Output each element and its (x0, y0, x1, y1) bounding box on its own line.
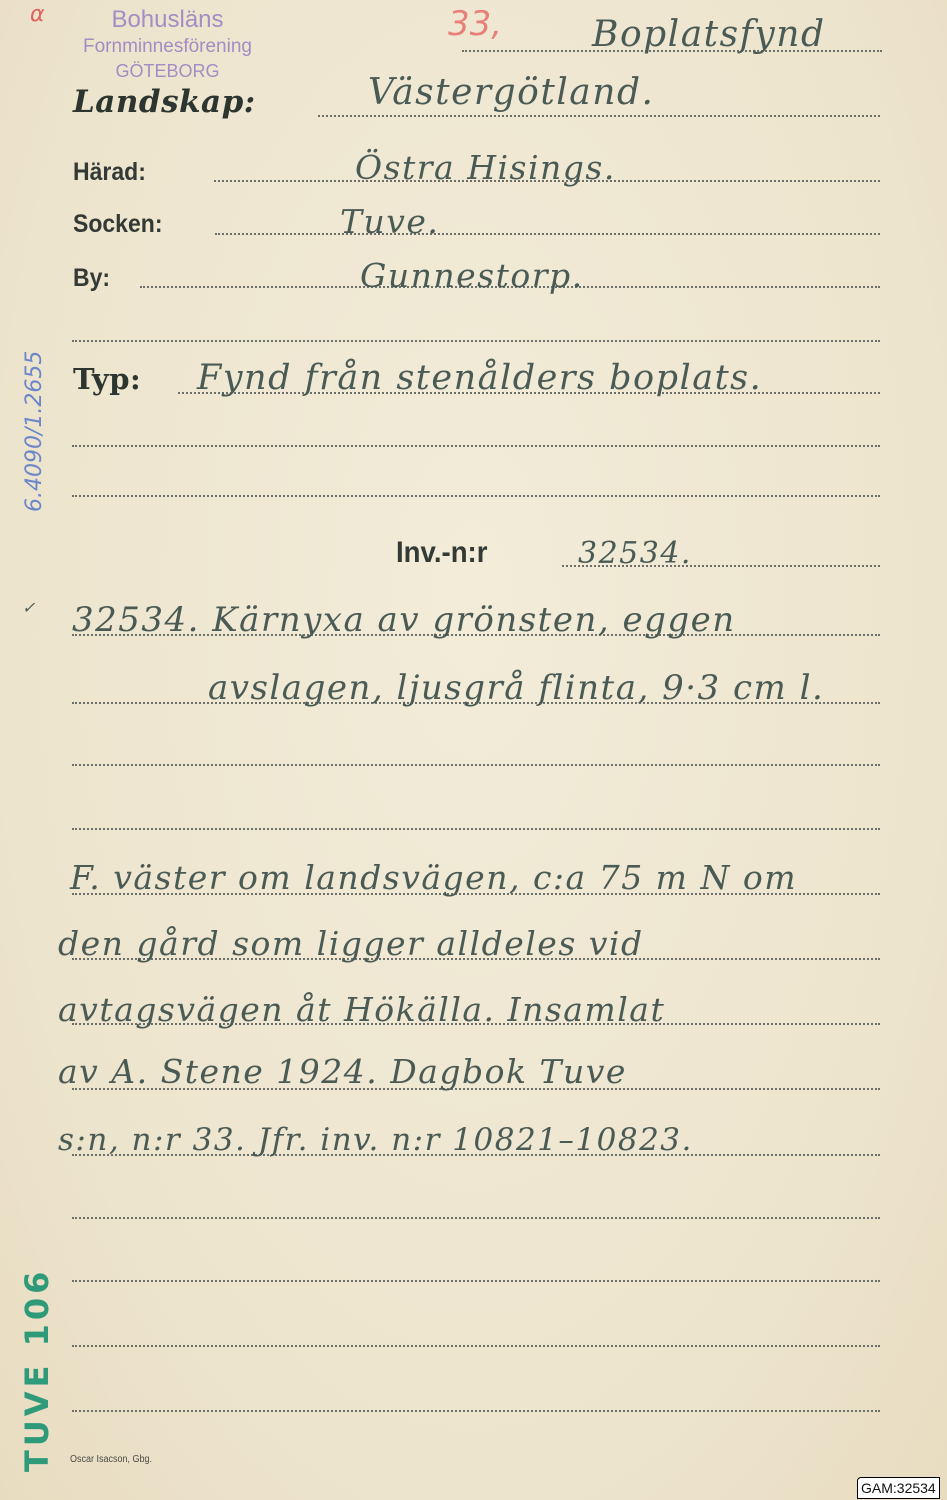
typ-label: Typ: (73, 362, 141, 396)
harad-label: Härad: (73, 158, 146, 187)
inventory-number: 32534. (578, 536, 692, 571)
stamp-line-2: Fornminnesförening (45, 34, 290, 60)
socken-line (215, 233, 880, 235)
check-mark-icon: ✓ (22, 598, 37, 617)
description-text-1: 32534. Kärnyxa av grönsten, eggen (72, 600, 736, 640)
stamp-line-3: GÖTEBORG (45, 60, 290, 82)
socken-value: Tuve. (340, 202, 439, 241)
blank-line (72, 1345, 880, 1347)
landskap-value: Västergötland. (368, 72, 654, 113)
printer-imprint: Oscar Isacson, Gbg. (70, 1454, 152, 1465)
landskap-label: Landskap: (73, 84, 256, 120)
by-label: By: (73, 264, 110, 293)
notes-text-2: den gård som ligger alldeles vid (58, 924, 644, 963)
blank-line (72, 1280, 880, 1282)
green-margin-note: TUVE 106 (18, 1268, 56, 1472)
stamp-line-1: Bohusläns (45, 6, 290, 34)
blue-margin-note: 6.4090/1.2655 (22, 351, 47, 512)
blank-line (72, 1217, 880, 1219)
notes-text-1: F. väster om landsvägen, c:a 75 m N om (70, 858, 797, 897)
category-value: Boplatsfynd (592, 14, 825, 55)
by-value: Gunnestorp. (360, 256, 584, 295)
blank-line (72, 495, 880, 497)
notes-text-3: avtagsvägen åt Hökälla. Insamlat (58, 990, 665, 1029)
socken-label: Socken: (73, 210, 162, 239)
notes-text-4: av A. Stene 1924. Dagbok Tuve (58, 1052, 627, 1091)
society-stamp: Bohusläns Fornminnesförening GÖTEBORG (45, 6, 290, 82)
harad-value: Östra Hisings. (355, 148, 616, 187)
blank-line (72, 828, 880, 830)
catalog-id-badge: GAM:32534 (857, 1477, 940, 1499)
blank-line (72, 445, 880, 447)
blank-line (72, 764, 880, 766)
landskap-line (318, 115, 880, 117)
red-alpha-mark: α (30, 2, 45, 27)
card-number: 33, (448, 4, 502, 44)
typ-value: Fynd från stenålders boplats. (197, 358, 762, 398)
description-text-2: avslagen, ljusgrå flinta, 9·3 cm l. (208, 668, 824, 708)
blank-line (72, 1410, 880, 1412)
notes-text-5: s:n, n:r 33. Jfr. inv. n:r 10821–10823. (58, 1122, 693, 1158)
blank-line (72, 340, 880, 342)
inventory-label: Inv.-n:r (396, 536, 487, 570)
